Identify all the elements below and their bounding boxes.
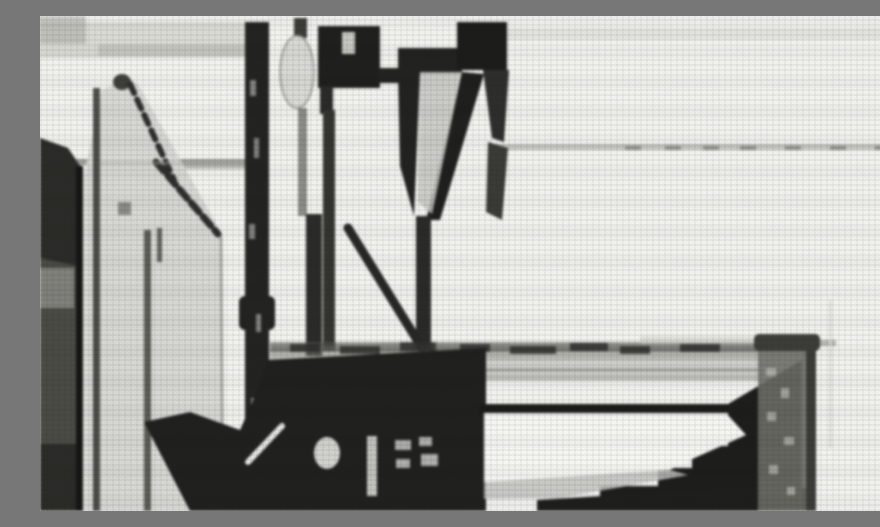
cap-tail-dash (820, 340, 836, 346)
surface-light-band (640, 336, 754, 344)
faint-vertical-seam (829, 300, 832, 448)
pale-disc (280, 36, 314, 108)
right-strip-edge (806, 350, 816, 511)
table-strong-line (480, 404, 728, 413)
right-strip-cap (754, 334, 820, 351)
block-white-notch (342, 32, 355, 54)
dark-bar-b-top (457, 22, 507, 70)
plank-crease-line (144, 230, 151, 511)
left-wedge-edge-line (76, 166, 83, 511)
pole-c (323, 110, 335, 351)
right-horizontal-line (495, 144, 880, 150)
top-left-streak-smear (98, 44, 248, 56)
light-patch-oval (314, 437, 340, 469)
thin-left-pole (93, 88, 100, 511)
line-over-plank (100, 161, 248, 165)
halftone-photograph (40, 16, 880, 511)
disc-top-nub (294, 18, 307, 38)
funnel-stem (416, 216, 431, 350)
funnel-top-bar (398, 48, 462, 74)
plank-crease-short (157, 228, 162, 262)
table-mid-streak-1 (486, 368, 758, 372)
plank-small-blob (118, 202, 131, 215)
block-leg (320, 86, 333, 114)
light-vertical-slit (367, 436, 377, 496)
top-left-streak-blob (40, 16, 86, 44)
table-mid-streak-2 (486, 376, 758, 379)
pole-below-disc (298, 108, 307, 216)
pole-b (306, 214, 322, 356)
photo-paint-layer (40, 16, 880, 511)
left-wedge-notch (40, 268, 74, 308)
photo-canvas (40, 16, 880, 511)
left-wedge-bottom-dark (40, 444, 78, 511)
top-right-faint-band (480, 28, 880, 40)
